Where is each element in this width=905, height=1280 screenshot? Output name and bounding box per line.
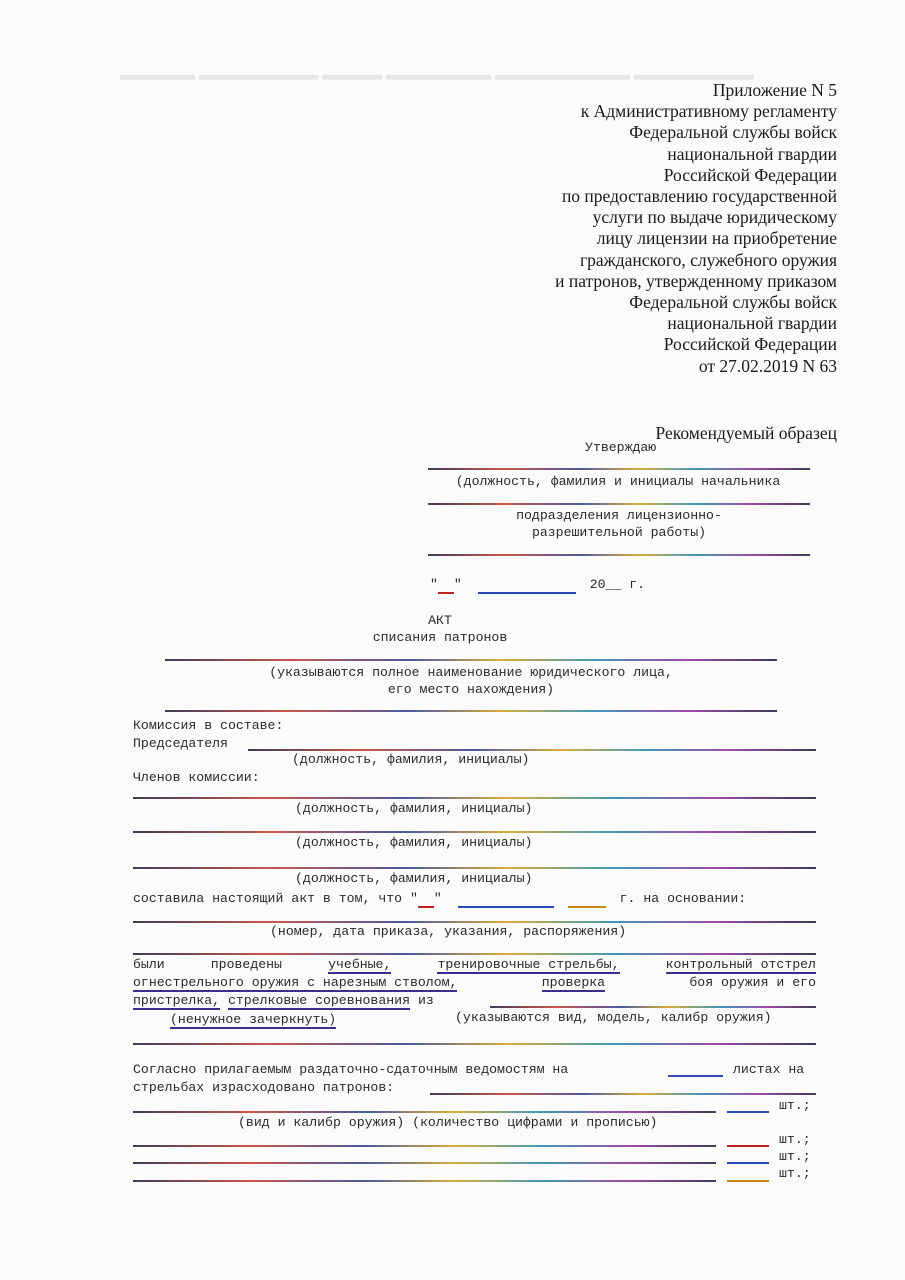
approval-date: " " 20__ г. bbox=[430, 577, 645, 594]
header-line: гражданского, служебного оружия bbox=[555, 250, 837, 271]
approver-signature-field[interactable] bbox=[428, 554, 810, 556]
strike-hint: (ненужное зачеркнуть) bbox=[170, 1012, 336, 1027]
weapon-field-2[interactable] bbox=[133, 1043, 816, 1045]
strike-hint-text: (ненужное зачеркнуть) bbox=[170, 1012, 336, 1029]
member-3-hint: (должность, фамилия, инициалы) bbox=[295, 871, 532, 886]
consumption-line-1-end: листах на bbox=[733, 1062, 804, 1077]
unit-label: шт.; bbox=[779, 1098, 811, 1113]
basis-field[interactable] bbox=[133, 921, 816, 923]
consumption-line-1: Согласно прилагаемым раздаточно-сдаточны… bbox=[133, 1062, 568, 1077]
approver-hint-1: (должность, фамилия и инициалы начальник… bbox=[418, 474, 818, 489]
composed-text: составила настоящий акт в том, что " bbox=[133, 891, 418, 906]
approver-hint-2: подразделения лицензионно- bbox=[428, 508, 810, 523]
header-line: и патронов, утвержденному приказом bbox=[555, 271, 837, 292]
member-2-hint: (должность, фамилия, инициалы) bbox=[295, 835, 532, 850]
member-3-field[interactable] bbox=[133, 867, 816, 869]
commission-label: Комиссия в составе: bbox=[133, 718, 283, 733]
sheets-count-field[interactable] bbox=[668, 1075, 723, 1077]
quantity-field-3[interactable] bbox=[727, 1162, 769, 1164]
approver-field[interactable] bbox=[428, 468, 810, 470]
chair-hint: (должность, фамилия, инициалы) bbox=[292, 752, 529, 767]
word: были bbox=[133, 957, 165, 974]
word: проведены bbox=[211, 957, 282, 974]
composed-line: составила настоящий акт в том, что " " г… bbox=[133, 891, 746, 908]
shooting-line-1: были проведены учебные, тренировочные ст… bbox=[133, 957, 816, 974]
organization-hint-2: его место нахождения) bbox=[165, 682, 777, 697]
organization-address-field[interactable] bbox=[165, 710, 777, 712]
option-zeroing: пристрелка, bbox=[133, 993, 220, 1010]
consumption-hint: (вид и калибр оружия) (количество цифрам… bbox=[238, 1115, 657, 1130]
act-title: АКТ bbox=[320, 613, 560, 628]
organization-hint-1: (указываются полное наименование юридиче… bbox=[165, 665, 777, 680]
weapon-hint: (указываются вид, модель, калибр оружия) bbox=[455, 1010, 772, 1025]
shooting-line-3: пристрелка, стрелковые соревнования из bbox=[133, 993, 434, 1008]
chair-field[interactable] bbox=[248, 749, 816, 751]
appendix-header: Приложение N 5 к Административному регла… bbox=[555, 80, 837, 377]
header-line: лицу лицензии на приобретение bbox=[555, 228, 837, 249]
member-1-field[interactable] bbox=[133, 797, 816, 799]
approver-field-2[interactable] bbox=[428, 503, 810, 505]
weapon-type-field-4[interactable] bbox=[133, 1180, 716, 1182]
unit-label: шт.; bbox=[779, 1132, 811, 1147]
day-field[interactable] bbox=[438, 577, 454, 594]
act-subtitle: списания патронов bbox=[320, 630, 560, 645]
organization-field[interactable] bbox=[165, 659, 777, 661]
quantity-field-4[interactable] bbox=[727, 1180, 769, 1182]
month-field[interactable] bbox=[478, 577, 576, 594]
consumption-line-2: стрельбах израсходовано патронов: bbox=[133, 1080, 394, 1095]
act-year-field[interactable] bbox=[568, 891, 606, 908]
header-line: по предоставлению государственной bbox=[555, 186, 837, 207]
basis-label: г. на основании: bbox=[620, 891, 747, 906]
word: из bbox=[418, 993, 434, 1008]
basis-hint: (номер, дата приказа, указания, распоряж… bbox=[270, 924, 626, 939]
approve-title: Утверждаю bbox=[585, 440, 656, 455]
quote: " bbox=[434, 891, 442, 906]
recommended-sample-label: Рекомендуемый образец bbox=[656, 423, 838, 444]
quote: " bbox=[430, 577, 438, 592]
option-control-shooting: контрольный отстрел bbox=[666, 957, 816, 974]
option-competition: стрелковые соревнования bbox=[228, 993, 410, 1010]
consumption-field[interactable] bbox=[430, 1093, 816, 1095]
header-line: Федеральной службы войск bbox=[555, 122, 837, 143]
header-line: от 27.02.2019 N 63 bbox=[555, 356, 837, 377]
shooting-line-2: огнестрельного оружия с нарезным стволом… bbox=[133, 975, 816, 992]
header-line: услуги по выдаче юридическому bbox=[555, 207, 837, 228]
basis-field-2[interactable] bbox=[133, 953, 816, 955]
header-line: Российской Федерации bbox=[555, 334, 837, 355]
document-page: ▬▬▬▬▬ ▬▬▬▬▬▬▬▬ ▬▬▬▬ ▬▬▬▬▬▬▬ ▬▬▬▬▬▬▬▬▬ ▬▬… bbox=[0, 0, 905, 1280]
unit-label: шт.; bbox=[779, 1149, 811, 1164]
weapon-type-field-3[interactable] bbox=[133, 1162, 716, 1164]
header-line: Федеральной службы войск bbox=[555, 292, 837, 313]
header-line: национальной гвардии bbox=[555, 144, 837, 165]
header-line: к Административному регламенту bbox=[555, 101, 837, 122]
header-line: Российской Федерации bbox=[555, 165, 837, 186]
word: боя оружия и его bbox=[689, 975, 816, 992]
year-label: 20__ г. bbox=[590, 577, 645, 592]
option-check: проверка bbox=[542, 975, 605, 992]
approver-hint-3: разрешительной работы) bbox=[428, 525, 810, 540]
act-day-field[interactable] bbox=[418, 891, 434, 908]
weapon-type-field-2[interactable] bbox=[133, 1145, 716, 1147]
unit-label: шт.; bbox=[779, 1166, 811, 1181]
option-control-shooting-cont: огнестрельного оружия с нарезным стволом… bbox=[133, 975, 457, 992]
option-training: учебные, bbox=[328, 957, 391, 974]
header-line: национальной гвардии bbox=[555, 313, 837, 334]
chair-label: Председателя bbox=[133, 736, 228, 751]
act-month-field[interactable] bbox=[458, 891, 554, 908]
weapon-field[interactable] bbox=[490, 1006, 816, 1008]
quantity-field-2[interactable] bbox=[727, 1145, 769, 1147]
member-2-field[interactable] bbox=[133, 831, 816, 833]
quantity-field-1[interactable] bbox=[727, 1111, 769, 1113]
header-line: Приложение N 5 bbox=[555, 80, 837, 101]
option-practice-shooting: тренировочные стрельбы, bbox=[437, 957, 619, 974]
weapon-type-field-1[interactable] bbox=[133, 1111, 716, 1113]
quote: " bbox=[454, 577, 462, 592]
members-label: Членов комиссии: bbox=[133, 770, 260, 785]
member-1-hint: (должность, фамилия, инициалы) bbox=[295, 801, 532, 816]
